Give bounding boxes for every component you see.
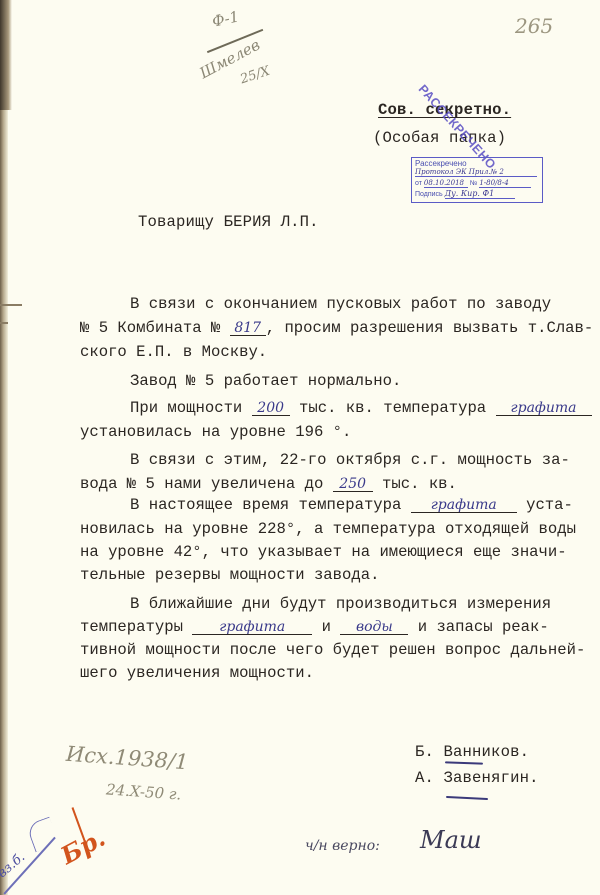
body-line: температуры графита и воды и запасы реак… xyxy=(80,620,549,636)
handwritten-fill: 817 xyxy=(230,321,266,336)
copy-verified-note: ч/н верно: xyxy=(305,838,380,854)
body-line: Завод № 5 работает нормально. xyxy=(130,374,401,390)
body-text: температуры xyxy=(80,618,192,636)
addressee: Товарищу БЕРИЯ Л.П. xyxy=(138,215,319,231)
body-line: вода № 5 нами увеличена до 250 тыс. кв. xyxy=(80,477,457,493)
body-line: В связи с этим, 22-го октября с.г. мощно… xyxy=(130,453,570,469)
handwritten-fill: графита xyxy=(496,401,592,416)
body-line: В настоящее время температура графита ус… xyxy=(130,498,573,514)
body-line: установилась на уровне 196 °. xyxy=(80,425,351,441)
body-line: В связи с окончанием пусковых работ по з… xyxy=(130,297,551,313)
handwritten-fill: 250 xyxy=(333,477,373,492)
stamp-date: 08.10.2018 xyxy=(424,179,468,188)
copy-verifier-signature: Маш xyxy=(420,826,482,854)
stamp-basis: Протокол ЭК Прил.№ 2 xyxy=(415,168,537,177)
stamp-number-label: № xyxy=(470,180,478,187)
body-line: на уровне 42°, что указывает на имеющиес… xyxy=(80,545,567,561)
margin-note-top-left-3: 25/X xyxy=(238,64,271,88)
body-line: новилась на уровне 228°, а температура о… xyxy=(80,522,576,538)
body-line: ского Е.П. в Москву. xyxy=(80,345,267,361)
handwritten-fill: графита xyxy=(192,620,312,635)
signatory-zavenyagin: А. Завенягин. xyxy=(415,771,539,787)
body-line: При мощности 200 тыс. кв. температура гр… xyxy=(130,401,592,417)
body-text: уста- xyxy=(517,496,573,514)
outgoing-number-note: Исх.1938/1 xyxy=(65,742,189,774)
signatory-vannikov: Б. Ванников. xyxy=(415,745,529,761)
red-pencil-signature: Бр. xyxy=(56,823,110,870)
signature-underline xyxy=(446,796,488,800)
page-binding-edge xyxy=(0,0,8,895)
stamp-title: Рассекречено xyxy=(415,159,467,168)
body-line: тельные резервы мощности завода. xyxy=(80,568,379,584)
signature-underline xyxy=(445,761,483,764)
body-line: № 5 Комбината № 817, просим разрешения в… xyxy=(80,321,593,337)
stamp-number: 1-80/8-4 xyxy=(479,179,531,188)
page-binding-shadow xyxy=(0,0,12,110)
body-text: № 5 Комбината № xyxy=(80,319,230,337)
body-line: В ближайшие дни будут производиться изме… xyxy=(130,597,551,613)
body-text: вода № 5 нами увеличена до xyxy=(80,475,333,493)
body-text: , просим разрешения вызвать т.Слав- xyxy=(266,319,594,337)
body-line: шего увеличения мощности. xyxy=(80,666,314,682)
body-line: тивной мощности после чего будет решен в… xyxy=(80,643,585,659)
stamp-signature: Ду. Кир. Ф1 xyxy=(445,189,515,199)
punch-mark xyxy=(0,322,8,324)
body-text: тыс. кв. xyxy=(373,475,457,493)
margin-note-top-left-1: Ф-1 xyxy=(210,7,240,30)
body-text: В настоящее время температура xyxy=(130,496,411,514)
body-text: и xyxy=(312,618,340,636)
handwritten-fill: воды xyxy=(340,620,408,635)
body-text: При мощности xyxy=(130,399,252,417)
declassification-stamp-box: Рассекречено Протокол ЭК Прил.№ 2 от 08.… xyxy=(411,157,543,203)
blue-corner-flourish xyxy=(26,817,59,853)
page-number: 265 xyxy=(515,14,553,38)
punch-mark xyxy=(0,304,22,306)
handwritten-fill: 200 xyxy=(252,401,290,416)
stamp-signature-label: Подпись xyxy=(415,191,443,198)
body-text: и запасы реак- xyxy=(408,618,548,636)
outgoing-date-note: 24.X-50 г. xyxy=(105,780,181,803)
stamp-from-label: от xyxy=(415,180,422,187)
special-folder-label: (Особая папка) xyxy=(373,131,506,147)
body-text: тыс. кв. температура xyxy=(290,399,496,417)
handwritten-fill: графита xyxy=(411,498,517,513)
